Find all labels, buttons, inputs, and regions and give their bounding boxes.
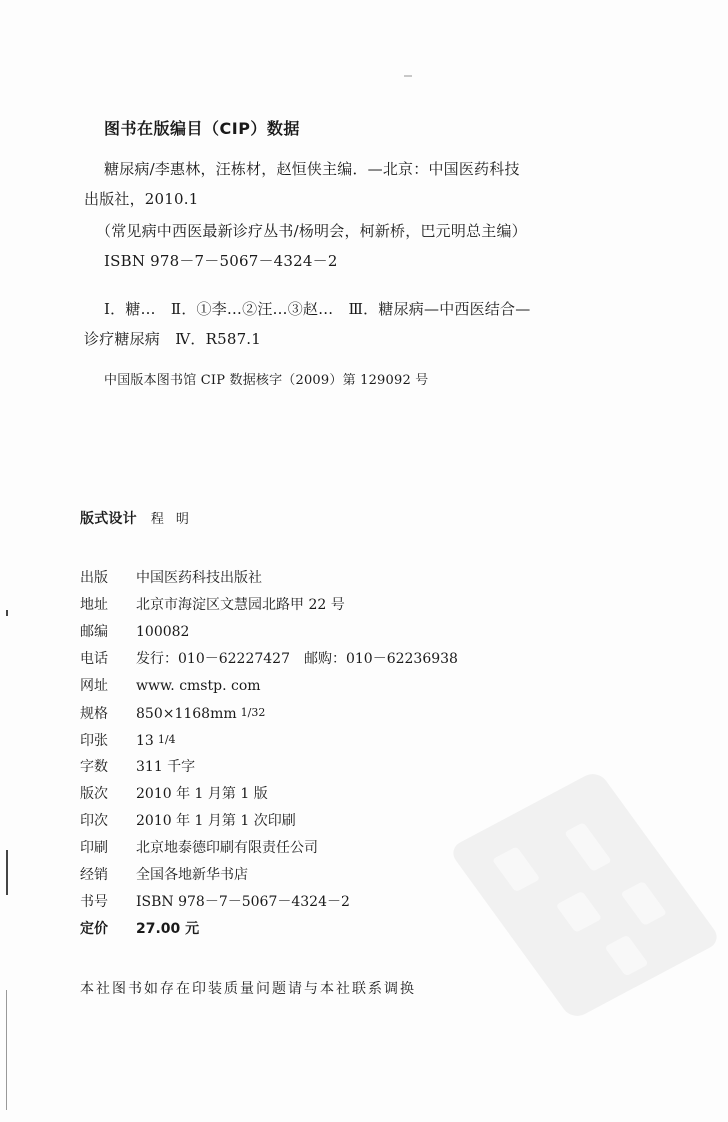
colophon-label: 地址 [80,596,136,614]
colophon-label: 邮编 [80,623,136,641]
colophon-label: 规格 [80,705,136,723]
colophon-row-address: 地址北京市海淀区文慧园北路甲 22 号 [80,596,345,614]
colophon-row-postcode: 邮编100082 [80,623,189,641]
sheets-fraction: 1/4 [158,733,176,746]
colophon-value: 北京市海淀区文慧园北路甲 22 号 [136,596,345,614]
colophon-value: ISBN 978－7－5067－4324－2 [136,893,350,911]
colophon-value: 100082 [136,623,189,641]
colophon-row-isbn: 书号ISBN 978－7－5067－4324－2 [80,893,350,911]
colophon-label: 定价 [80,920,136,938]
colophon-label: 经销 [80,866,136,884]
colophon-value: 全国各地新华书店 [136,866,248,884]
design-value: 程明 [151,512,201,527]
colophon-row-edition: 版次2010 年 1 月第 1 版 [80,785,268,803]
layout-design-credit: 版式设计程明 [80,510,201,529]
colophon-row-printer: 印刷北京地泰德印刷有限责任公司 [80,839,318,857]
colophon-label: 网址 [80,677,136,695]
colophon-label: 书号 [80,893,136,911]
scan-speck [404,75,412,77]
colophon-label: 版次 [80,785,136,803]
cip-author-line: 糖尿病/李惠林，汪栋材，赵恒侠主编．—北京：中国医药科技 [104,160,520,178]
colophon-value: 发行：010－62227427 邮购：010－62236938 [136,650,458,668]
copyright-page: 图书在版编目（CIP）数据 糖尿病/李惠林，汪栋材，赵恒侠主编．—北京：中国医药… [0,0,728,1122]
colophon-row-phone: 电话发行：010－62227427 邮购：010－62236938 [80,650,458,668]
colophon-value: 27.00 元 [136,920,199,938]
colophon-label: 印刷 [80,839,136,857]
colophon-row-website: 网址www. cmstp. com [80,677,261,695]
cip-publisher-line: 出版社，2010.1 [84,190,199,208]
colophon-row-price: 定价27.00 元 [80,920,199,938]
colophon-value: 13 [136,732,154,750]
colophon-label: 字数 [80,758,136,776]
colophon-row-publisher: 出版中国医药科技出版社 [80,569,262,587]
cip-title: 图书在版编目（CIP）数据 [104,120,300,138]
colophon-value: 2010 年 1 月第 1 版 [136,785,268,803]
colophon-row-printing: 印次2010 年 1 月第 1 次印刷 [80,812,296,830]
colophon-value: 311 千字 [136,758,195,776]
format-fraction: 1/32 [241,706,266,719]
colophon-label: 出版 [80,569,136,587]
cip-classification-line-2: 诊疗糖尿病 Ⅳ．R587.1 [84,330,261,348]
colophon-label: 电话 [80,650,136,668]
cip-classification-line-1: Ⅰ．糖… Ⅱ．①李…②汪…③赵… Ⅲ．糖尿病—中西医结合— [104,300,530,318]
cip-isbn: ISBN 978－7－5067－4324－2 [104,252,338,270]
colophon-value: 中国医药科技出版社 [136,569,262,587]
design-label: 版式设计 [80,511,137,527]
publisher-watermark [448,769,723,1020]
scan-edge-mark [6,610,8,616]
colophon-label: 印张 [80,732,136,750]
scan-edge-mark [6,990,7,1110]
colophon-value: 北京地泰德印刷有限责任公司 [136,839,318,857]
colophon-row-distributor: 经销全国各地新华书店 [80,866,248,884]
quality-note: 本社图书如存在印装质量问题请与本社联系调换 [80,978,416,998]
colophon-label: 印次 [80,812,136,830]
colophon-row-word-count: 字数311 千字 [80,758,195,776]
colophon-value: 2010 年 1 月第 1 次印刷 [136,812,296,830]
cip-number: 中国版本图书馆 CIP 数据核字（2009）第 129092 号 [104,372,428,390]
colophon-row-sheets: 印张131/4 [80,731,176,750]
colophon-value: 850×1168mm [136,705,237,723]
colophon-value: www. cmstp. com [136,677,261,695]
scan-edge-mark [6,850,8,895]
colophon-row-format: 规格850×1168mm1/32 [80,704,265,723]
cip-series-line: （常见病中西医最新诊疗丛书/杨明会，柯新桥，巴元明总主编） [96,222,527,240]
